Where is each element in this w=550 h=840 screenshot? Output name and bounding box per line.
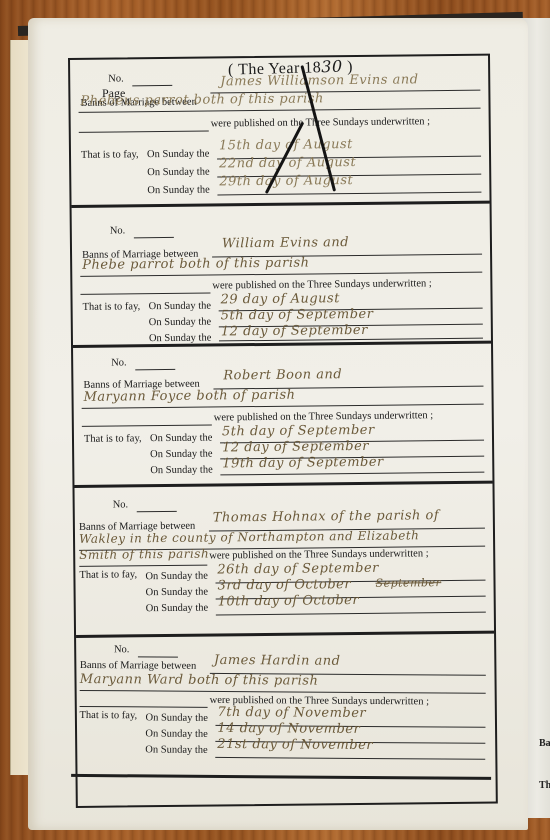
sunday-label: On Sunday the <box>146 587 209 599</box>
number-label: No. <box>110 225 126 236</box>
banns-register-frame: No. Banns of Marriage between James Will… <box>68 54 498 808</box>
banns-entry: No. Banns of Marriage between Thomas Hoh… <box>75 484 495 638</box>
names-line-2: Maryann Foyce both of parish <box>83 388 295 405</box>
number-label: No. <box>111 357 127 368</box>
that-is-to-say-label: That is to fay, <box>84 433 142 445</box>
names-line-1: Robert Boon and <box>223 367 342 383</box>
sunday-2-date: 14 day of November <box>217 721 360 737</box>
sunday-label: On Sunday the <box>150 433 213 445</box>
sunday-2-date: 22nd day of August <box>219 155 356 171</box>
banns-entry: No. Banns of Marriage between Robert Boo… <box>73 344 492 488</box>
published-label: were published on the Three Sundays unde… <box>209 548 428 561</box>
banns-label: Banns of Marriage between <box>80 660 196 672</box>
names-line-3: Smith of this parish <box>79 547 209 562</box>
names-line-1: William Evins and <box>222 235 349 251</box>
number-label: No. <box>108 73 124 84</box>
banns-entry: No. Banns of Marriage between William Ev… <box>72 204 491 348</box>
names-line-1: James Hardin and <box>214 653 341 669</box>
that-is-to-say-label: That is to fay, <box>79 710 137 721</box>
sunday-label: On Sunday the <box>149 317 212 329</box>
that-is-to-say-label: That is to fay, <box>79 569 137 581</box>
names-line-2: Phebeus parrot both of this parish <box>80 91 324 109</box>
facing-page-fragment: Th <box>539 780 550 791</box>
sunday-label: On Sunday the <box>147 149 210 161</box>
sunday-3-date: 12 day of September <box>221 323 368 340</box>
sunday-2-date: 5th day of September <box>221 307 374 324</box>
sunday-label: On Sunday the <box>145 571 208 583</box>
sunday-2-date: 3rd day of October <box>217 577 351 593</box>
sunday-1-date: 26th day of September <box>217 561 379 578</box>
banns-entry: No. Banns of Marriage between James Will… <box>70 56 490 208</box>
that-is-to-say-label: That is to fay, <box>83 301 141 313</box>
number-label: No. <box>113 499 129 510</box>
names-line-2: Maryann Ward both of this parish <box>80 672 319 689</box>
sunday-label: On Sunday the <box>149 301 212 313</box>
sunday-label: On Sunday the <box>145 712 207 723</box>
struck-month: September <box>375 576 441 590</box>
sunday-1-date: 7th day of November <box>218 705 367 721</box>
names-line-1: Thomas Hohnax of the parish of <box>213 508 439 525</box>
sunday-label: On Sunday the <box>150 449 213 461</box>
sunday-label: On Sunday the <box>145 744 207 755</box>
sunday-1-date: 29 day of August <box>220 291 340 307</box>
published-label: were published on the Three Sundays unde… <box>211 116 430 129</box>
names-line-2: Wakley in the county of Northampton and … <box>79 528 419 546</box>
sunday-2-date: 12 day of September <box>222 439 369 456</box>
sunday-label: On Sunday the <box>147 167 210 179</box>
sunday-label: On Sunday the <box>145 728 207 739</box>
published-label: were published on the Three Sundays unde… <box>212 278 431 291</box>
sunday-label: On Sunday the <box>147 185 210 197</box>
sunday-label: On Sunday the <box>150 465 213 477</box>
sunday-3-date: 21st day of November <box>217 737 373 753</box>
facing-page-fragment: Ba <box>539 738 550 749</box>
published-label: were published on the Three Sundays unde… <box>214 410 433 423</box>
sunday-label: On Sunday the <box>149 333 212 345</box>
sunday-3-date: 10th day of October <box>218 593 359 609</box>
names-line-1: James Williamson Evins and <box>220 72 418 89</box>
that-is-to-say-label: That is to fay, <box>81 149 139 161</box>
number-label: No. <box>114 644 130 655</box>
sunday-label: On Sunday the <box>146 603 209 615</box>
sunday-3-date: 19th day of September <box>222 455 384 472</box>
names-line-2: Phebe parrot both of this parish <box>82 255 309 272</box>
sunday-1-date: 5th day of September <box>222 423 375 440</box>
banns-entry: No. Banns of Marriage between James Hard… <box>75 638 494 809</box>
